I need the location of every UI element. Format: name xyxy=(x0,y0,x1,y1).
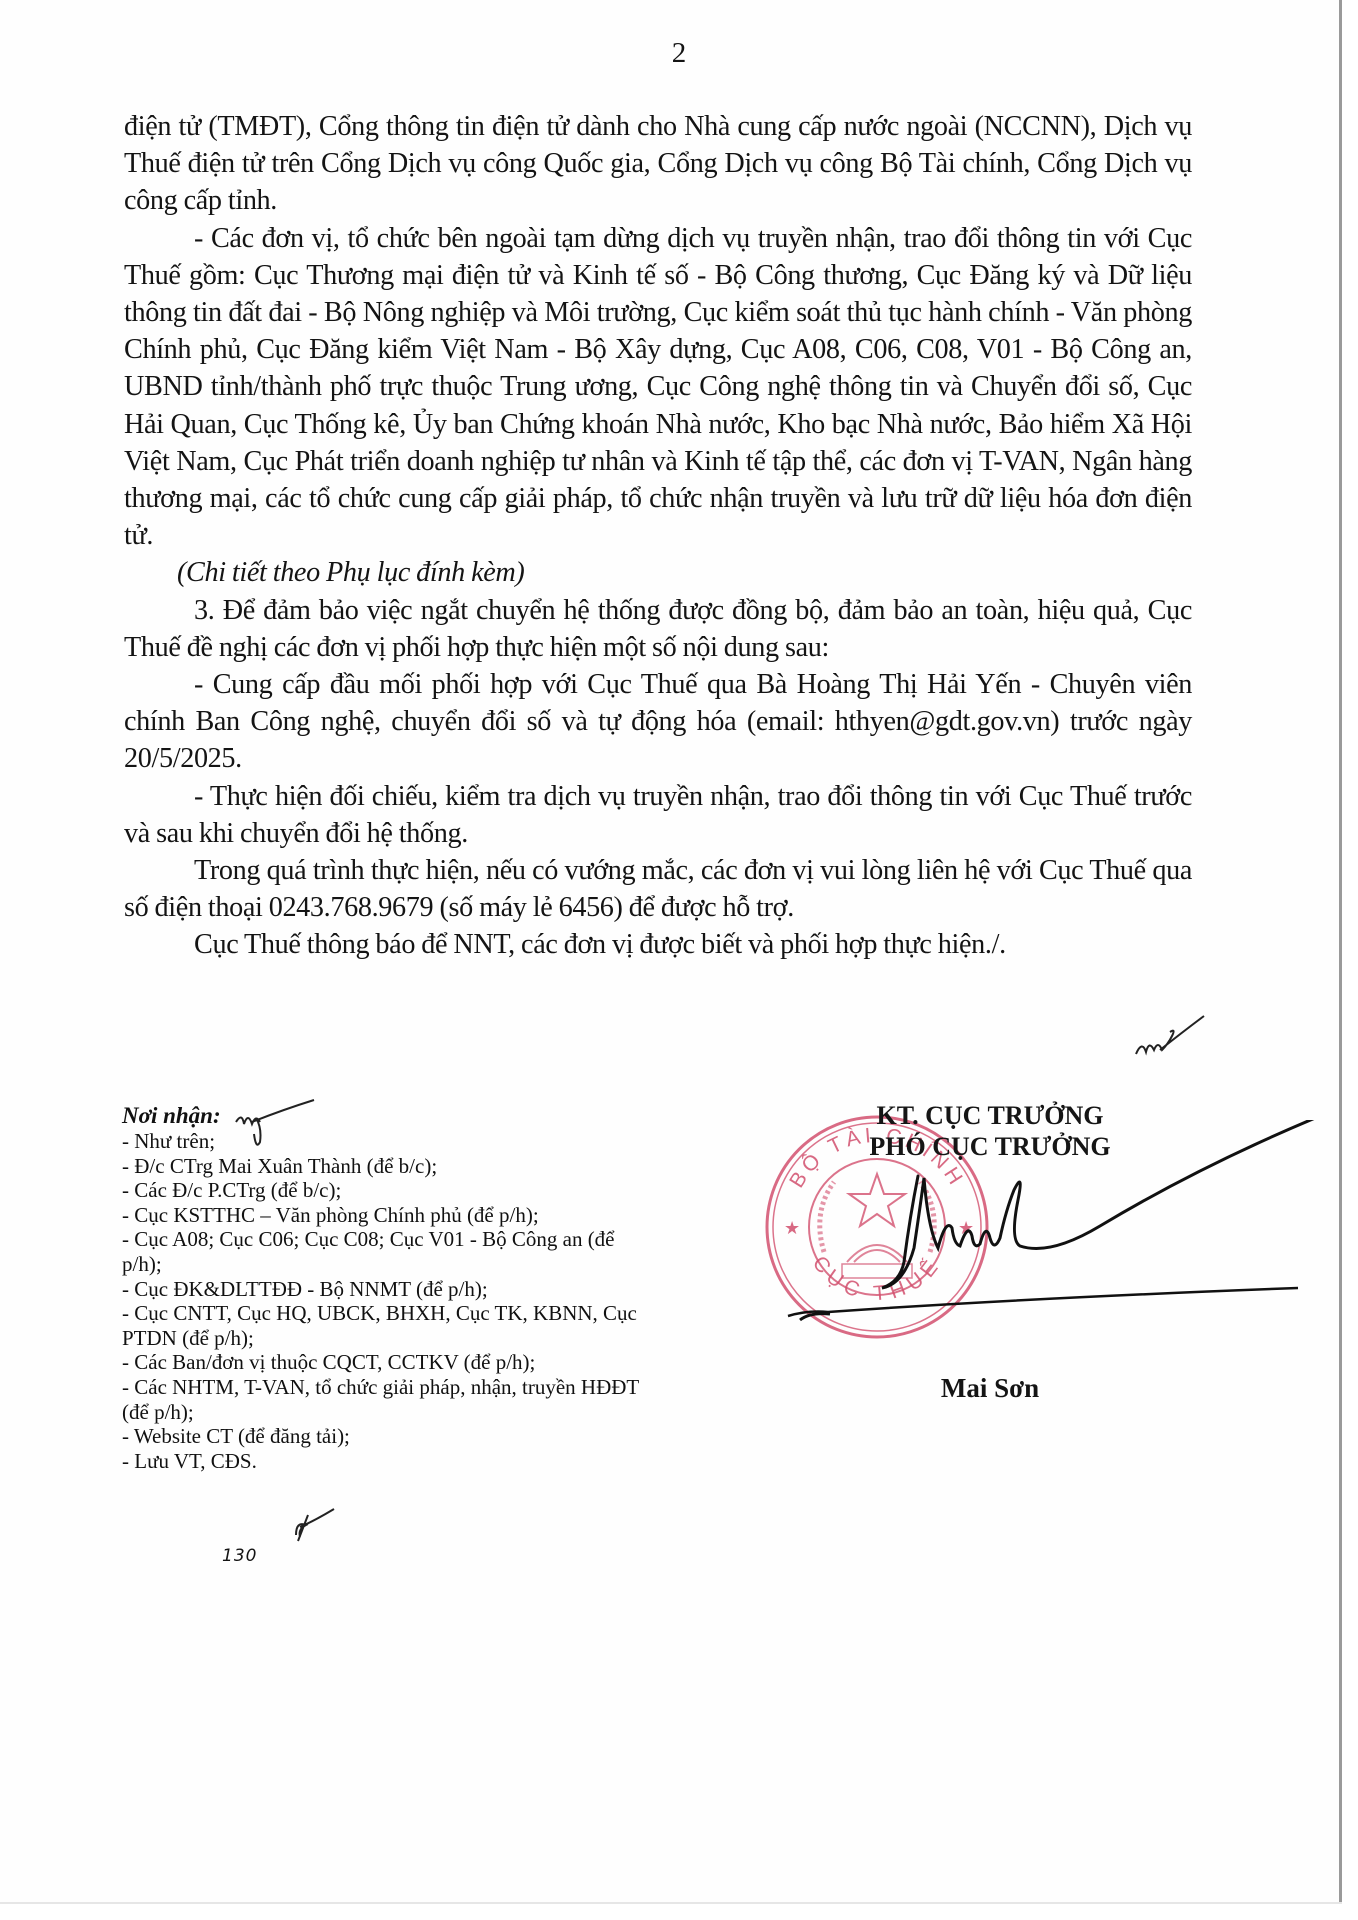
copy-count: 130 xyxy=(222,1546,257,1566)
recipient-item: - Lưu VT, CĐS. xyxy=(122,1449,642,1474)
initial-mark-icon xyxy=(1130,1010,1210,1065)
recipient-item: - Cục A08; Cục C06; Cục C08; Cục V01 - B… xyxy=(122,1227,642,1276)
recipients-initial-icon xyxy=(232,1098,322,1156)
recipient-item: - Các Ban/đơn vị thuộc CQCT, CCTKV (để p… xyxy=(122,1350,642,1375)
archive-initial-icon xyxy=(290,1505,338,1545)
document-page: 2 điện tử (TMĐT), Cổng thông tin điện tử… xyxy=(0,0,1342,1902)
recipient-item: - Các Đ/c P.CTrg (để b/c); xyxy=(122,1178,642,1203)
paragraph-external-units: - Các đơn vị, tổ chức bên ngoài tạm dừng… xyxy=(124,220,1192,555)
page-number: 2 xyxy=(0,36,1358,70)
recipient-item: - Như trên; xyxy=(122,1129,642,1154)
paragraph-section-3: 3. Để đảm bảo việc ngắt chuyển hệ thống … xyxy=(124,592,1192,666)
recipients-heading: Nơi nhận: xyxy=(122,1102,642,1129)
signer-name: Mai Sơn xyxy=(790,1372,1190,1404)
paragraph-continuation: điện tử (TMĐT), Cổng thông tin điện tử d… xyxy=(124,108,1192,220)
recipient-item: - Các NHTM, T-VAN, tổ chức giải pháp, nh… xyxy=(122,1375,642,1424)
document-body: điện tử (TMĐT), Cổng thông tin điện tử d… xyxy=(124,108,1192,964)
recipient-item: - Đ/c CTrg Mai Xuân Thành (để b/c); xyxy=(122,1154,642,1179)
paragraph-verification: - Thực hiện đối chiếu, kiểm tra dịch vụ … xyxy=(124,778,1192,852)
appendix-note: (Chi tiết theo Phụ lục đính kèm) xyxy=(124,554,1192,591)
paragraph-contact-point: - Cung cấp đầu mối phối hợp với Cục Thuế… xyxy=(124,666,1192,778)
recipients-block: Nơi nhận: - Như trên; - Đ/c CTrg Mai Xuâ… xyxy=(122,1102,642,1473)
recipient-item: - Cục ĐK&DLTTĐĐ - Bộ NNMT (để p/h); xyxy=(122,1277,642,1302)
recipient-item: - Cục KSTTHC – Văn phòng Chính phủ (để p… xyxy=(122,1203,642,1228)
paragraph-support: Trong quá trình thực hiện, nếu có vướng … xyxy=(124,852,1192,926)
recipient-item: - Website CT (để đăng tải); xyxy=(122,1424,642,1449)
paragraph-closing: Cục Thuế thông báo để NNT, các đơn vị đư… xyxy=(124,926,1192,963)
handwritten-signature-icon xyxy=(780,1120,1320,1350)
recipient-item: - Cục CNTT, Cục HQ, UBCK, BHXH, Cục TK, … xyxy=(122,1301,642,1350)
